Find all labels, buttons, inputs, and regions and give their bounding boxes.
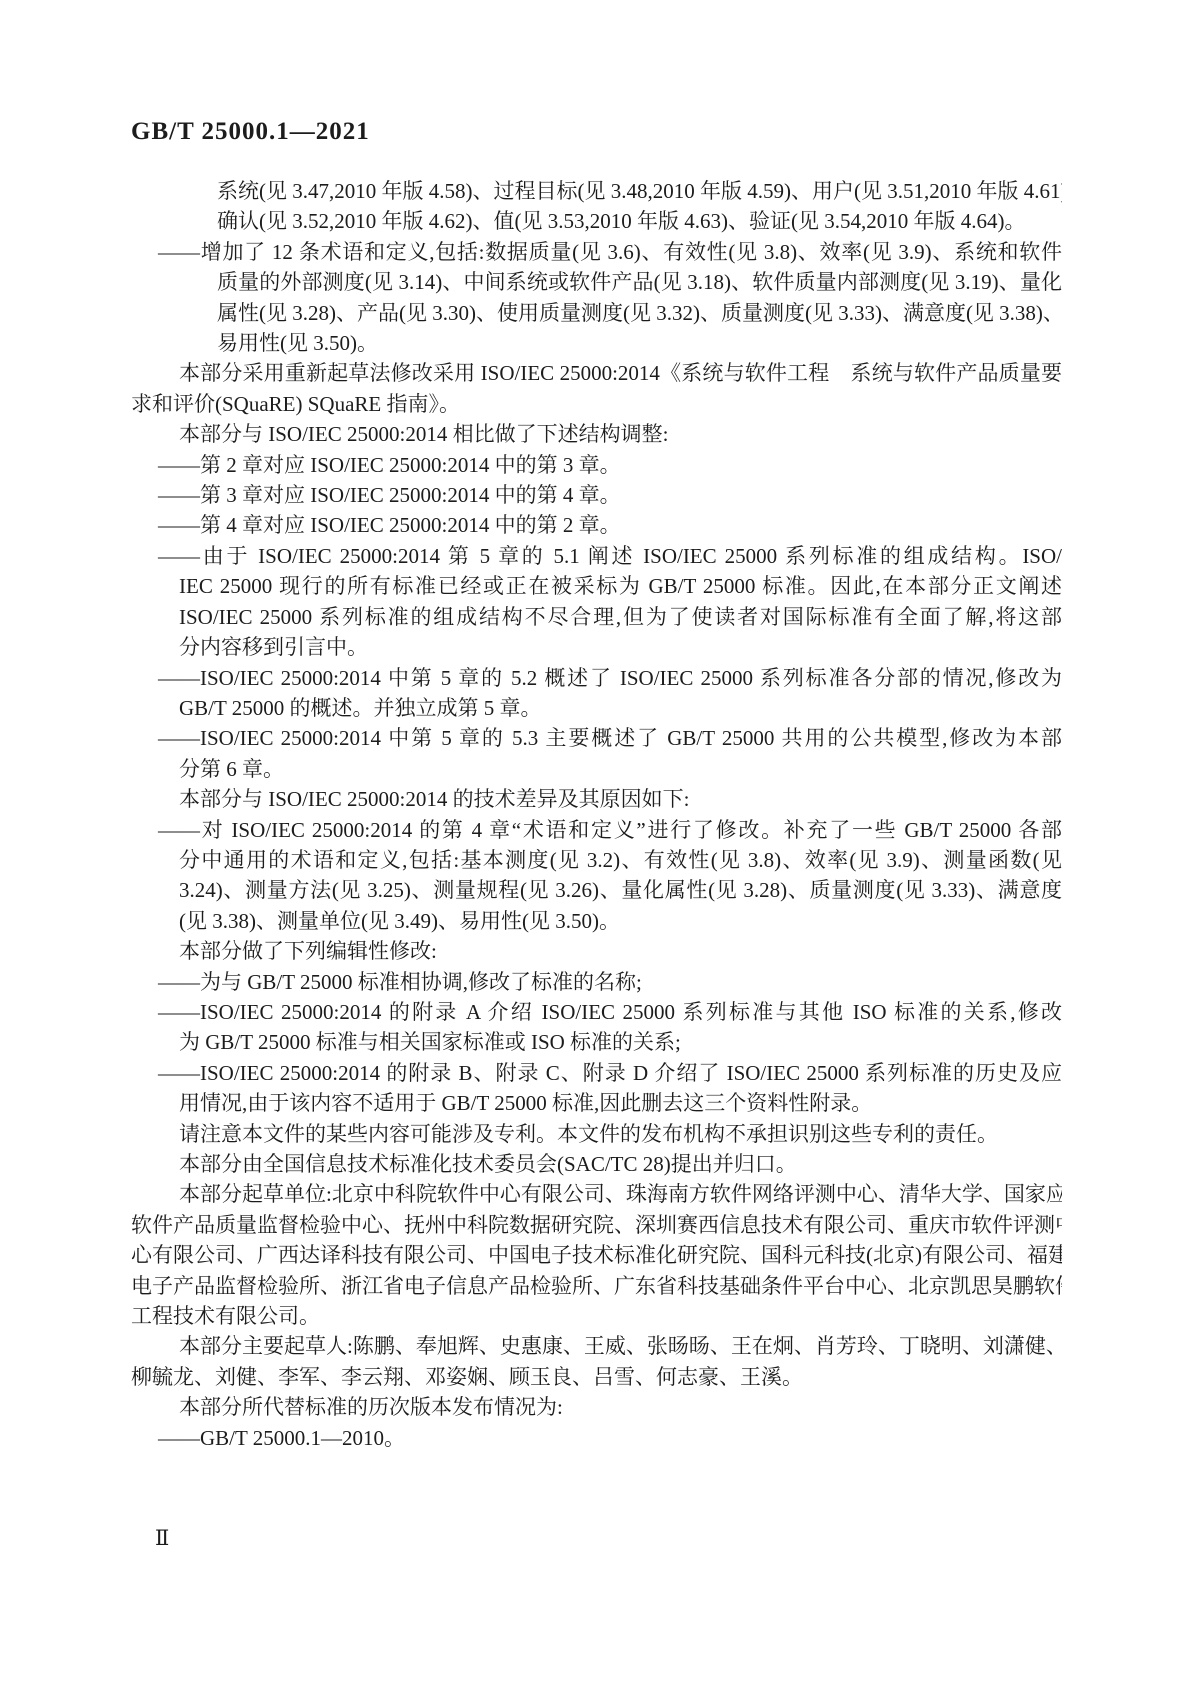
text-line: 求和评价(SQuaRE) SQuaRE 指南》。 bbox=[131, 389, 1062, 419]
text-line: IEC 25000 现行的所有标准已经或正在被采标为 GB/T 25000 标准… bbox=[131, 571, 1062, 601]
text-line: 用情况,由于该内容不适用于 GB/T 25000 标准,因此删去这三个资料性附录… bbox=[131, 1088, 1062, 1118]
page-number: Ⅱ bbox=[155, 1526, 169, 1551]
text-line: ——为与 GB/T 25000 标准相协调,修改了标准的名称; bbox=[131, 967, 1062, 997]
text-line: 本部分起草单位:北京中科院软件中心有限公司、珠海南方软件网络评测中心、清华大学、… bbox=[131, 1179, 1062, 1209]
text-line: ——ISO/IEC 25000:2014 的附录 A 介绍 ISO/IEC 25… bbox=[131, 997, 1062, 1027]
text-line: ——ISO/IEC 25000:2014 中第 5 章的 5.2 概述了 ISO… bbox=[131, 663, 1062, 693]
text-line: 柳毓龙、刘健、李军、李云翔、邓姿娴、顾玉良、吕雪、何志豪、王溪。 bbox=[131, 1362, 1062, 1392]
text-line: ——ISO/IEC 25000:2014 的附录 B、附录 C、附录 D 介绍了… bbox=[131, 1058, 1062, 1088]
text-line: 3.24)、测量方法(见 3.25)、测量规程(见 3.26)、量化属性(见 3… bbox=[131, 875, 1062, 905]
text-line: 请注意本文件的某些内容可能涉及专利。本文件的发布机构不承担识别这些专利的责任。 bbox=[131, 1119, 1062, 1149]
text-line: 心有限公司、广西达译科技有限公司、中国电子技术标准化研究院、国科元科技(北京)有… bbox=[131, 1240, 1062, 1270]
text-line: 分第 6 章。 bbox=[131, 754, 1062, 784]
text-line: ——第 4 章对应 ISO/IEC 25000:2014 中的第 2 章。 bbox=[131, 510, 1062, 540]
text-line: ——第 2 章对应 ISO/IEC 25000:2014 中的第 3 章。 bbox=[131, 450, 1062, 480]
document-body: 系统(见 3.47,2010 年版 4.58)、过程目标(见 3.48,2010… bbox=[131, 176, 1062, 1453]
text-line: 本部分采用重新起草法修改采用 ISO/IEC 25000:2014《系统与软件工… bbox=[131, 358, 1062, 388]
text-line: 确认(见 3.52,2010 年版 4.62)、值(见 3.53,2010 年版… bbox=[131, 206, 1062, 236]
text-line: ——对 ISO/IEC 25000:2014 的第 4 章“术语和定义”进行了修… bbox=[131, 815, 1062, 845]
text-line: 为 GB/T 25000 标准与相关国家标准或 ISO 标准的关系; bbox=[131, 1027, 1062, 1057]
text-line: 分中通用的术语和定义,包括:基本测度(见 3.2)、有效性(见 3.8)、效率(… bbox=[131, 845, 1062, 875]
text-line: ——ISO/IEC 25000:2014 中第 5 章的 5.3 主要概述了 G… bbox=[131, 723, 1062, 753]
text-line: 系统(见 3.47,2010 年版 4.58)、过程目标(见 3.48,2010… bbox=[131, 176, 1062, 206]
text-line: ——GB/T 25000.1—2010。 bbox=[131, 1423, 1062, 1453]
text-line: (见 3.38)、测量单位(见 3.49)、易用性(见 3.50)。 bbox=[131, 906, 1062, 936]
text-line: 本部分主要起草人:陈鹏、奉旭辉、史惠康、王威、张旸旸、王在炯、肖芳玲、丁晓明、刘… bbox=[131, 1331, 1062, 1361]
text-line: 电子产品监督检验所、浙江省电子信息产品检验所、广东省科技基础条件平台中心、北京凯… bbox=[131, 1271, 1062, 1301]
text-line: 本部分做了下列编辑性修改: bbox=[131, 936, 1062, 966]
text-line: 本部分与 ISO/IEC 25000:2014 的技术差异及其原因如下: bbox=[131, 784, 1062, 814]
text-line: ISO/IEC 25000 系列标准的组成结构不尽合理,但为了使读者对国际标准有… bbox=[131, 602, 1062, 632]
text-line: 分内容移到引言中。 bbox=[131, 632, 1062, 662]
text-line: ——增加了 12 条术语和定义,包括:数据质量(见 3.6)、有效性(见 3.8… bbox=[131, 237, 1062, 267]
text-line: 软件产品质量监督检验中心、抚州中科院数据研究院、深圳赛西信息技术有限公司、重庆市… bbox=[131, 1210, 1062, 1240]
text-line: 易用性(见 3.50)。 bbox=[131, 328, 1062, 358]
text-line: ——第 3 章对应 ISO/IEC 25000:2014 中的第 4 章。 bbox=[131, 480, 1062, 510]
text-line: 质量的外部测度(见 3.14)、中间系统或软件产品(见 3.18)、软件质量内部… bbox=[131, 267, 1062, 297]
text-line: ——由于 ISO/IEC 25000:2014 第 5 章的 5.1 阐述 IS… bbox=[131, 541, 1062, 571]
text-line: 工程技术有限公司。 bbox=[131, 1301, 1062, 1331]
text-line: 本部分所代替标准的历次版本发布情况为: bbox=[131, 1392, 1062, 1422]
text-line: 属性(见 3.28)、产品(见 3.30)、使用质量测度(见 3.32)、质量测… bbox=[131, 298, 1062, 328]
text-line: 本部分由全国信息技术标准化技术委员会(SAC/TC 28)提出并归口。 bbox=[131, 1149, 1062, 1179]
text-line: GB/T 25000 的概述。并独立成第 5 章。 bbox=[131, 693, 1062, 723]
standard-number: GB/T 25000.1—2021 bbox=[131, 118, 370, 146]
document-page: GB/T 25000.1—2021 系统(见 3.47,2010 年版 4.58… bbox=[0, 0, 1191, 1684]
text-line: 本部分与 ISO/IEC 25000:2014 相比做了下述结构调整: bbox=[131, 419, 1062, 449]
